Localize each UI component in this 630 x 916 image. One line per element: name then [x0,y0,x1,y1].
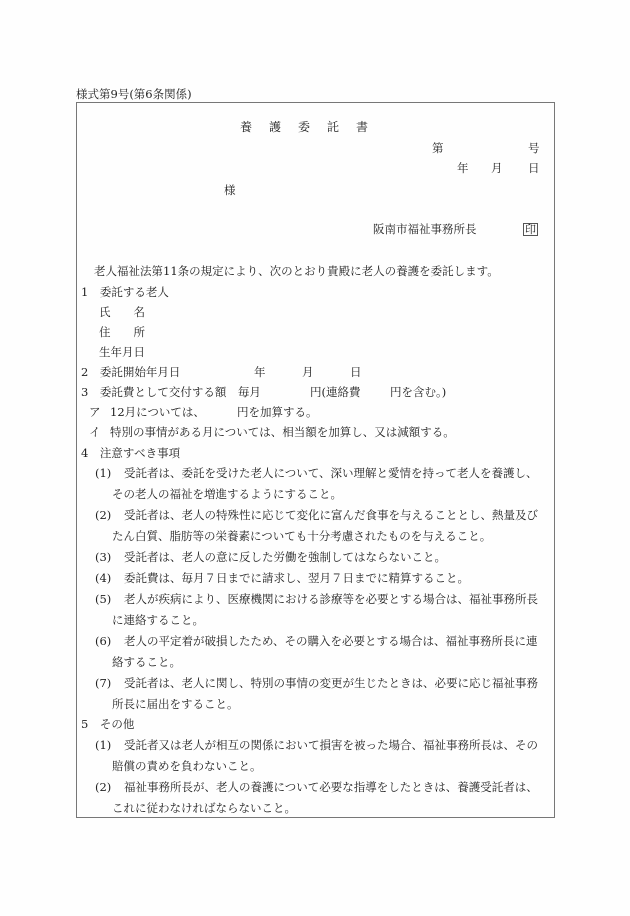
document-title: 養護委託書 [240,121,385,133]
item-line: 老人が疾病により、医療機関における診療等を必要とする場合は、福祉事務所長 [124,594,538,606]
section4-heading: 4 注意すべき事項 [81,448,180,460]
section3-i-text: 特別の事情がある月については、相当額を加算し、又は減額する。 [110,427,455,439]
item-number: (3) [95,552,111,564]
number-prefix: 第 [432,143,444,155]
item-line: に連絡すること。 [112,615,204,627]
item-line: 賠償の責めを負わないこと。 [112,761,262,773]
item-number: (2) [95,510,111,522]
section2-heading: 2 委託開始年月日 [81,367,180,379]
title-char: 護 [269,121,298,133]
intro-text: 老人福祉法第11条の規定により、次のとおり貴殿に老人の養護を委託します。 [94,266,499,278]
form-number-label: 様式第9号(第6条関係) [76,89,192,101]
item-line: その老人の福祉を増進するようにすること。 [112,489,342,501]
item-line: 受託者又は老人が相互の関係において損害を被った場合、福祉事務所長は、その [124,740,538,752]
section3-heading: 3 委託費として交付する額 毎月 [81,387,261,399]
item-line: 受託者は、老人に関し、特別の事情の変更が生じたときは、必要に応じ福祉事務 [124,678,538,690]
section2-year: 年 [254,367,266,379]
field-address-label: 住 所 [99,327,145,339]
item-number: (6) [95,636,111,648]
item-number: (2) [95,782,111,794]
section3-a-text1: 12月については、 [110,407,205,419]
section1-heading: 1 委託する老人 [81,287,169,299]
title-char: 託 [327,121,356,133]
item-number: (4) [95,573,111,585]
item-number: (1) [95,468,111,480]
item-line: 委託費は、毎月７日までに請求し、翌月７日までに精算すること。 [124,573,469,585]
title-char: 委 [298,121,327,133]
item-line: 所長に届出をすること。 [112,699,239,711]
item-line: 受託者は、老人の特殊性に応じて変化に富んだ食事を与えることとし、熱量及び [124,510,538,522]
item-line: 受託者は、委託を受けた老人について、深い理解と愛情を持って老人を養護し、 [124,468,538,480]
date-day: 日 [528,163,540,175]
title-char: 養 [240,121,269,133]
date-month: 月 [491,163,503,175]
title-char: 書 [356,121,385,133]
item-line: これに従わなければならないこと。 [112,803,296,815]
section3-a-text2: 円を加算する。 [237,407,318,419]
field-birthdate-label: 生年月日 [99,347,145,359]
item-number: (7) [95,678,111,690]
date-year: 年 [457,163,469,175]
field-name-label: 氏 名 [99,307,145,319]
issuer-name: 阪南市福祉事務所長 [373,224,477,236]
section5-heading: 5 その他 [81,719,134,731]
item-number: (5) [95,594,111,606]
section2-month: 月 [302,367,314,379]
item-line: たん白質、脂肪等の栄養素についても十分考慮されたものを与えること。 [112,531,491,543]
section3-a-label: ア [89,407,101,419]
item-line: 絡すること。 [112,657,181,669]
section3-yen1: 円(連絡費 [310,387,361,399]
addressee-suffix: 様 [224,185,236,197]
section2-day: 日 [350,367,362,379]
item-line: 老人の平定着が破損したため、その購入を必要とする場合は、福祉事務所長に連 [124,636,538,648]
number-suffix: 号 [528,143,540,155]
item-line: 福祉事務所長が、老人の養護について必要な指導をしたときは、養護受託者は、 [124,782,538,794]
section3-yen2: 円を含む。) [390,387,446,399]
section3-i-label: イ [89,427,101,439]
item-line: 受託者は、老人の意に反した労働を強制してはならないこと。 [124,552,446,564]
item-number: (1) [95,740,111,752]
seal-mark: 印 [523,223,538,236]
